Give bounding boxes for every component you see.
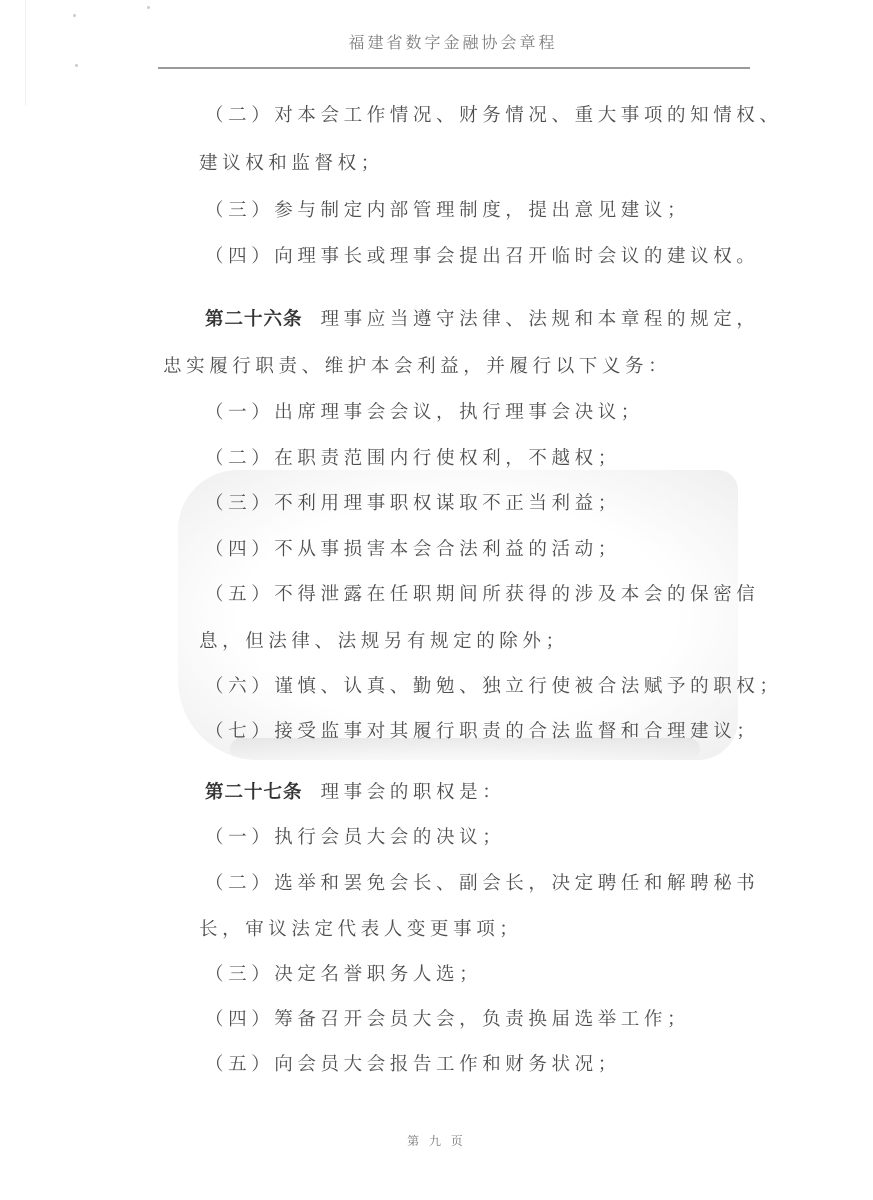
article-27-item: （三）决定名誉职务人选； bbox=[205, 960, 482, 986]
clause-line: （三）参与制定内部管理制度，提出意见建议； bbox=[205, 196, 690, 222]
article-26-item: （一）出席理事会会议，执行理事会决议； bbox=[205, 398, 644, 424]
article-27-text: 理事会的职权是： bbox=[321, 782, 506, 803]
clause-line: （四）向理事长或理事会提出召开临时会议的建议权。 bbox=[205, 242, 759, 268]
article-26-item: （七）接受监事对其履行职责的合法监督和合理建议； bbox=[205, 717, 759, 743]
scan-speck bbox=[147, 6, 150, 9]
article-27-item: （一）执行会员大会的决议； bbox=[205, 823, 505, 849]
article-26-label: 第二十六条 bbox=[205, 309, 303, 330]
document-header: 福建省数字金融协会章程 bbox=[158, 30, 748, 53]
scan-speck bbox=[73, 14, 76, 17]
article-26-item: （三）不利用理事职权谋取不正当利益； bbox=[205, 489, 621, 515]
article-27-item: （五）向会员大会报告工作和财务状况； bbox=[205, 1050, 621, 1076]
page-number: 第 九 页 bbox=[0, 1132, 873, 1149]
header-divider bbox=[158, 67, 750, 69]
scan-speck bbox=[75, 64, 78, 67]
clause-line: 建议权和监督权； bbox=[199, 149, 384, 175]
article-26-text: 理事应当遵守法律、法规和本章程的规定， bbox=[321, 309, 760, 330]
clause-line: （二）对本会工作情况、财务情况、重大事项的知情权、 bbox=[205, 101, 783, 127]
article-26-item: （二）在职责范围内行使权利，不越权； bbox=[205, 444, 621, 470]
article-27-item: （二）选举和罢免会长、副会长，决定聘任和解聘秘书 bbox=[205, 869, 759, 895]
scan-edge bbox=[25, 0, 26, 105]
article-26-heading: 第二十六条理事应当遵守法律、法规和本章程的规定， bbox=[205, 305, 759, 331]
article-27-label: 第二十七条 bbox=[205, 782, 303, 803]
article-26-item: （五）不得泄露在任职期间所获得的涉及本会的保密信 bbox=[205, 580, 759, 606]
article-26-cont: 忠实履行职责、维护本会利益，并履行以下义务： bbox=[163, 352, 671, 378]
article-27-item: （四）筹备召开会员大会，负责换届选举工作； bbox=[205, 1005, 690, 1031]
article-27-item: 长，审议法定代表人变更事项； bbox=[199, 915, 522, 941]
article-26-item: 息，但法律、法规另有规定的除外； bbox=[199, 627, 569, 653]
article-27-heading: 第二十七条理事会的职权是： bbox=[205, 778, 505, 804]
article-26-item: （六）谨慎、认真、勤勉、独立行使被合法赋予的职权； bbox=[205, 672, 783, 698]
article-26-item: （四）不从事损害本会合法利益的活动； bbox=[205, 535, 621, 561]
